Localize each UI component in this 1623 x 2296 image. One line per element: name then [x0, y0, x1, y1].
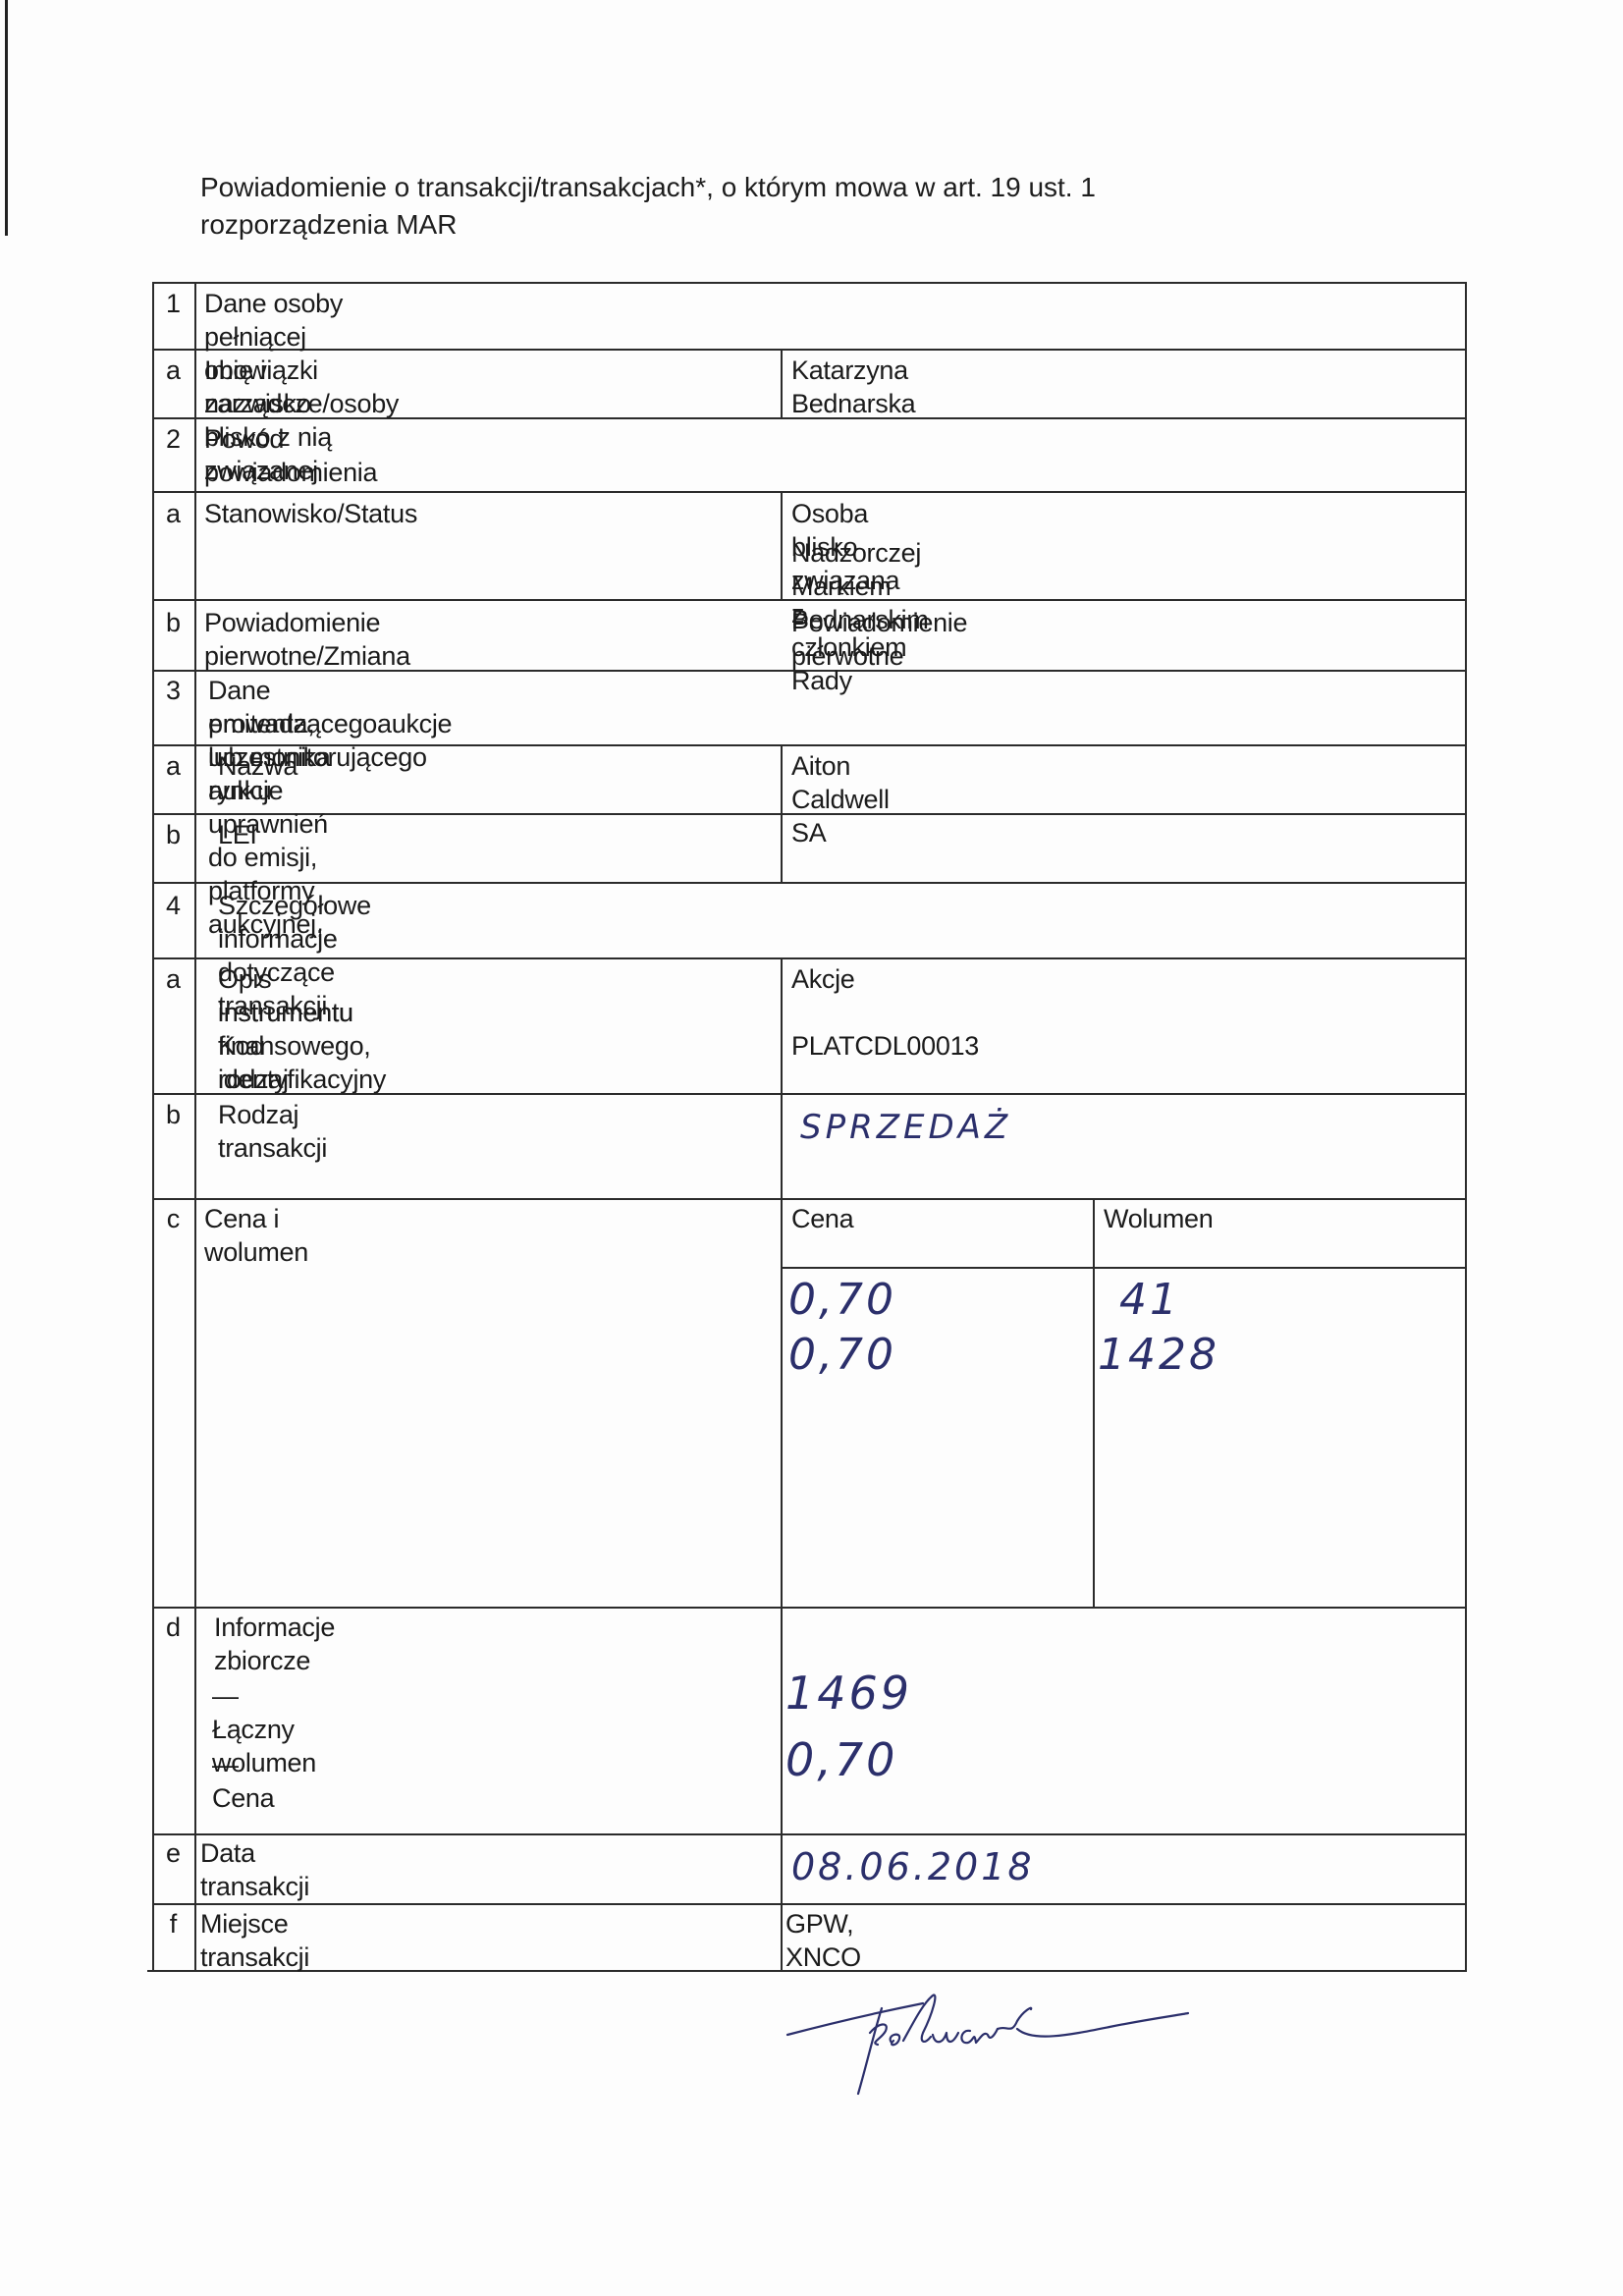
instrument-type-value: Akcje — [791, 962, 855, 996]
volume-column-header: Wolumen — [1104, 1202, 1213, 1235]
aggregated-price-handwritten: 0,70 — [785, 1732, 897, 1787]
column-divider — [781, 957, 783, 1971]
title-line-2: rozporządzenia MAR — [200, 206, 1329, 244]
section-index: 1 — [152, 287, 194, 320]
row-index: a — [152, 354, 194, 387]
transaction-type-handwritten: SPRZEDAŻ — [800, 1108, 1011, 1147]
row-index: a — [152, 962, 194, 996]
aggregated-price-label: — Cena — [212, 1748, 274, 1815]
name-value: Katarzyna Bednarska — [791, 354, 915, 420]
transaction-type-label: Rodzaj transakcji — [218, 1098, 327, 1165]
index-column-divider — [194, 282, 196, 1972]
row-index: a — [152, 749, 194, 783]
row-index: f — [152, 1907, 194, 1941]
price-entry-2: 0,70 — [788, 1328, 896, 1383]
price-column-header: Cena — [791, 1202, 853, 1235]
notification-type-value: Powiadomienie pierwotne — [791, 606, 967, 673]
notification-type-label: Powiadomienie pierwotne/Zmiana — [204, 606, 410, 673]
issuer-name-value: Aiton Caldwell SA — [791, 749, 890, 849]
row-index: e — [152, 1836, 194, 1870]
row-divider — [152, 882, 1466, 884]
price-volume-header-divider — [781, 1267, 1466, 1269]
volume-entry-1: 41 — [1119, 1273, 1180, 1328]
row-index: b — [152, 606, 194, 639]
column-divider — [781, 744, 783, 882]
signature — [776, 1974, 1198, 2106]
transaction-date-label: Data transakcji — [200, 1836, 309, 1903]
section-index: 4 — [152, 889, 194, 922]
row-index: d — [152, 1611, 194, 1644]
instrument-code-label: Kod identyfikacyjny — [218, 1029, 386, 1096]
price-volume-label: Cena i wolumen — [204, 1202, 308, 1269]
row-index: c — [152, 1202, 194, 1235]
aggregated-info-label: Informacje zbiorcze — [214, 1611, 335, 1677]
transaction-venue-value: GPW, XNCO — [785, 1907, 861, 1974]
signature-scribble-icon — [776, 1974, 1198, 2102]
title-line-1: Powiadomienie o transakcji/transakcjach*… — [200, 169, 1329, 206]
volume-entry-2: 1428 — [1098, 1328, 1219, 1383]
row-divider — [152, 491, 1466, 493]
column-divider — [781, 349, 783, 417]
price-entry-1: 0,70 — [788, 1273, 896, 1328]
column-divider — [781, 491, 783, 599]
transaction-date-handwritten: 08.06.2018 — [791, 1843, 1035, 1890]
instrument-label-line-2: instrumentu — [218, 996, 353, 1029]
section-index: 3 — [152, 674, 194, 707]
row-divider — [152, 1198, 1466, 1200]
instrument-code-value: PLATCDL00013 — [791, 1029, 979, 1063]
row-index: a — [152, 497, 194, 530]
row-divider — [152, 1833, 1466, 1835]
total-volume-handwritten: 1469 — [785, 1666, 912, 1721]
name-label: Imię i nazwisko — [204, 354, 311, 420]
row-divider — [152, 1903, 1466, 1905]
document-title: Powiadomienie o transakcji/transakcjach*… — [200, 169, 1329, 244]
section-2-heading: Powód powiadomienia — [204, 422, 377, 489]
row-divider — [152, 1607, 1466, 1609]
issuer-name-label: Nazwa — [218, 749, 298, 783]
page-edge-line — [5, 0, 8, 236]
transaction-venue-label: Miejsce transakcji — [200, 1907, 309, 1974]
lei-label: LEI — [218, 818, 257, 851]
price-volume-divider — [1093, 1198, 1095, 1607]
status-label: Stanowisko/Status — [204, 497, 417, 530]
section-index: 2 — [152, 422, 194, 456]
row-index: b — [152, 818, 194, 851]
table-border-right — [1465, 282, 1467, 1972]
row-index: b — [152, 1098, 194, 1131]
table-border-top — [152, 282, 1466, 284]
